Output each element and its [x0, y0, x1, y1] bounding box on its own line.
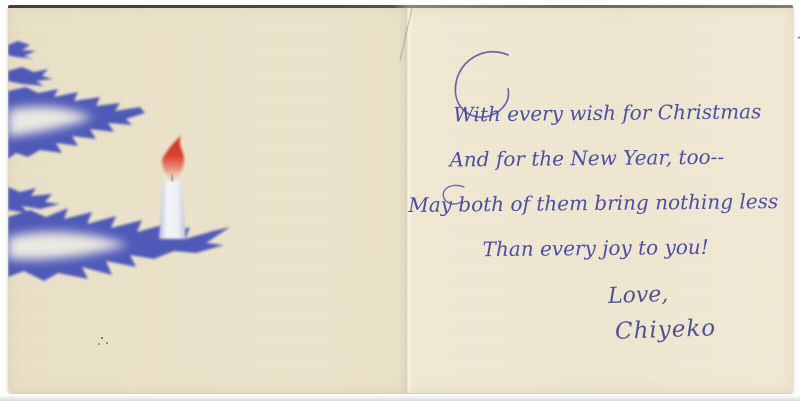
message-text: With every wish for Christmas And for th…	[409, 89, 783, 273]
signature-handwriting: Chiyeko	[615, 315, 717, 345]
scanner-edge-strip	[0, 394, 800, 401]
ink-speck	[101, 337, 103, 339]
ink-speck	[98, 343, 100, 345]
flame-icon	[162, 135, 184, 182]
message-line-1: With every wish for Christmas	[421, 89, 793, 138]
greeting-card: Molly With every wish for Christmas And …	[8, 5, 793, 393]
candle-icon	[159, 181, 186, 239]
closing-handwriting: Love,	[608, 282, 669, 309]
branch-tuft-top	[8, 41, 36, 59]
recipient-handwriting: Molly	[794, 9, 800, 57]
card-left-page	[8, 5, 400, 393]
message-line-2: And for the New Year, too--	[401, 134, 773, 183]
message-line-4: Than every joy to you!	[409, 224, 781, 273]
tree-branch-illustration	[8, 5, 400, 393]
message-line-3: May both of them bring nothing less	[407, 179, 779, 228]
branch-tuft-upper	[8, 67, 53, 86]
branch-tuft-middle	[8, 187, 60, 213]
candle-group	[159, 135, 186, 239]
ink-speck	[106, 342, 108, 344]
